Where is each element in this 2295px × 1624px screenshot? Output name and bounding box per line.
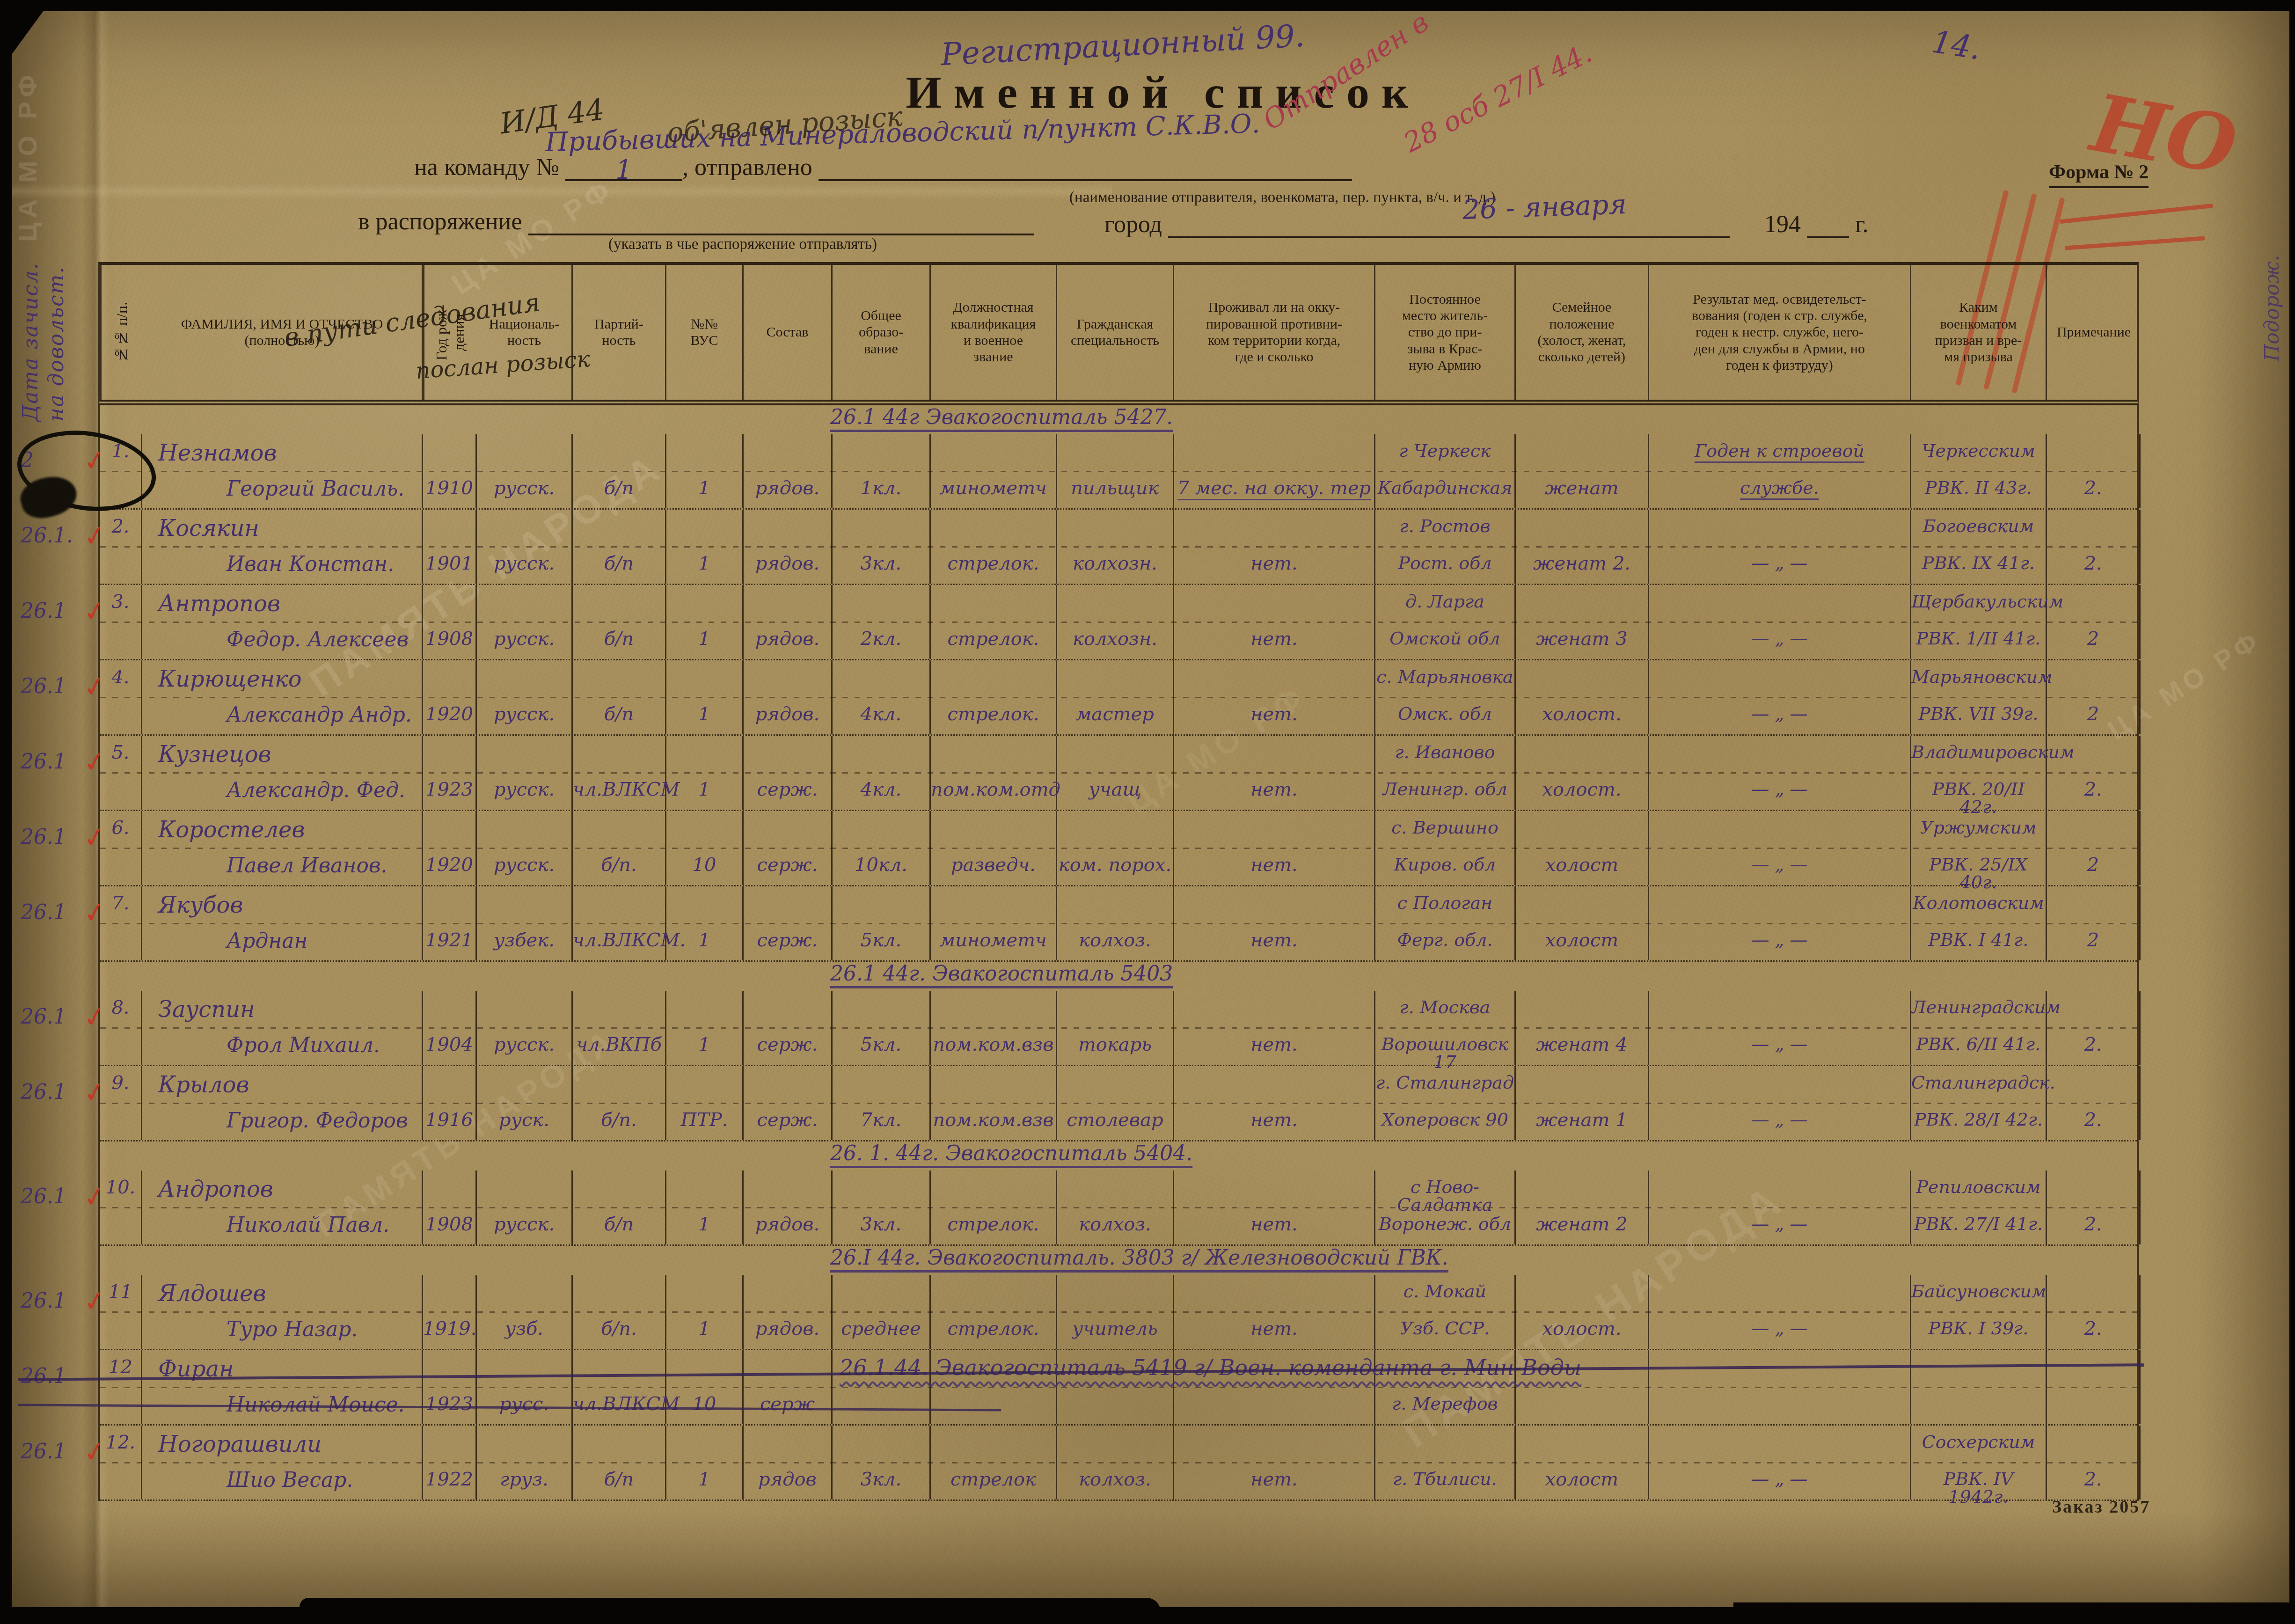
cell-category: серж. [744, 1066, 833, 1140]
party-status: б/п [573, 705, 665, 724]
col-header-category: Состав [744, 265, 833, 400]
cell-medical-result: — „ — [1649, 736, 1911, 810]
cell-qualification: стрелок. [931, 1275, 1057, 1349]
cell-nationality: русск. [477, 660, 573, 734]
cell-civil-specialty: колхозн. [1057, 510, 1174, 584]
hospital-note-row: 26.1 44г Эвакогоспиталь 5427. [100, 405, 2137, 434]
residence-line1: с. Вершино [1375, 819, 1514, 836]
commissariat-line1: Владимировским [1911, 743, 2046, 761]
nationality: руск. [477, 1111, 571, 1129]
margin-date: 26.1 [21, 1364, 93, 1388]
otpravleno-blank [819, 155, 1352, 181]
commissariat-line2: РВК. I 41г. [1911, 931, 2046, 949]
cell-commissariat: Колотовским РВК. I 41г. [1911, 886, 2047, 960]
cell-medical-result: Годен к строевой службе. [1649, 434, 1911, 508]
cell-nationality: русск. [477, 991, 573, 1065]
cell-commissariat: Байсуновским РВК. I 39г. [1911, 1275, 2047, 1349]
cell-education: 3кл. [833, 510, 931, 584]
residence-line1: с Ново-Салдатка [1375, 1178, 1514, 1214]
party-status: чл.ВКПб [573, 1035, 665, 1054]
col-header-row-number: №№ п/п. [100, 265, 142, 400]
cell-civil-specialty: пильщик [1057, 434, 1174, 508]
residence-line2: Ленингр. обл [1375, 780, 1514, 798]
cell-vus: 1 [666, 886, 744, 960]
education: 3кл. [833, 554, 929, 573]
cell-occupied-territory: нет. [1174, 1066, 1375, 1140]
cell-remarks: 2 [2047, 585, 2141, 659]
margin-date: 2 [21, 448, 93, 472]
cell-occupied-territory: нет. [1174, 1170, 1375, 1244]
birth-year: 1920 [423, 705, 475, 724]
cell-family-status: женат 2 [1516, 1170, 1649, 1244]
commissariat-line1: Ленинградским [1911, 998, 2046, 1016]
cell-medical-result: — „ — [1649, 811, 1911, 885]
residence-line1: д. Ларга [1375, 593, 1514, 610]
col-header-education: Общее образо- вание [833, 265, 931, 400]
row-number: 4. [100, 668, 141, 687]
right-edge-vertical-note: Подорож. [2260, 255, 2283, 361]
cell-remarks: 2 [2047, 811, 2141, 885]
cell-remarks: 2 [2047, 660, 2141, 734]
cell-residence: г. Сталинград Хоперовск 90 [1375, 1066, 1516, 1140]
surname: Ялдошев [142, 1282, 422, 1305]
cell-vus: 1 [666, 1275, 744, 1349]
cell-birth-year: 1908 [423, 585, 477, 659]
row-number: 11 [100, 1282, 141, 1301]
vus-number: 1 [666, 629, 742, 648]
commissariat-line1: Черкесским [1911, 442, 2046, 460]
cell-occupied-territory: нет. [1174, 736, 1375, 810]
col-header-commissariat: Каким военкоматом призван и вре- мя приз… [1911, 265, 2047, 400]
vus-number: 1 [666, 1470, 742, 1489]
given-names: Николай Моисе. [142, 1395, 422, 1415]
cell-education: 4кл. [833, 736, 931, 810]
cell-category: серж [744, 1350, 833, 1424]
category: серж. [744, 856, 831, 874]
party-status: б/п. [573, 1111, 665, 1129]
cell-name: Кирющенко Александр Андр. [142, 660, 423, 734]
nationality: груз. [477, 1470, 571, 1489]
education: 3кл. [833, 1215, 929, 1234]
cell-birth-year: 1921 [423, 886, 477, 960]
fold-crease-horizontal [12, 183, 1112, 199]
cell-residence: с. Вершино Киров. обл [1375, 811, 1516, 885]
residence-line2: Воронеж. обл [1375, 1215, 1514, 1233]
family-status: женат 1 [1516, 1111, 1648, 1129]
cell-birth-year: 1901 [423, 510, 477, 584]
cell-vus: 1 [666, 660, 744, 734]
residence-line2: Киров. обл [1375, 856, 1514, 873]
col-header-nationality: Националь- ность [477, 265, 573, 400]
cell-remarks: 2. [2047, 736, 2141, 810]
civil-specialty: колхоз. [1057, 931, 1173, 950]
cell-nationality: русс. [477, 1350, 573, 1424]
komanda-number: 1 [615, 155, 632, 185]
cell-education: 3кл. [833, 1426, 931, 1500]
cell-vus: 1 [666, 510, 744, 584]
sender-hint: (наименование отправителя, военкомата, п… [1069, 189, 1496, 206]
party-status: б/п [573, 479, 665, 497]
civil-specialty: колхоз. [1057, 1470, 1173, 1489]
commissariat-line2: РВК. I 39г. [1911, 1319, 2046, 1337]
birth-year: 1908 [423, 629, 475, 648]
table-row: 12 Фиран Николай Моисе. 1923 русс. чл.ВЛ… [100, 1350, 2137, 1426]
category: рядов. [744, 479, 831, 497]
col-header-remarks: Примечание [2047, 265, 2141, 400]
cell-vus: 1 [666, 434, 744, 508]
cell-party: б/п [573, 1170, 666, 1244]
row-number: 8. [100, 998, 141, 1017]
commissariat-line1: Колотовским [1911, 894, 2046, 912]
given-names: Александр. Фед. [142, 780, 422, 801]
cell-civil-specialty: мастер [1057, 660, 1174, 734]
cell-birth-year: 1923 [423, 736, 477, 810]
education: 5кл. [833, 931, 929, 950]
birth-year: 1919. [423, 1319, 475, 1338]
civil-specialty: учитель [1057, 1319, 1173, 1338]
residence-line1: г Черкеск [1375, 442, 1514, 460]
table-row: 10. Андропов Николай Павл. 1908 русск. б… [100, 1170, 2137, 1246]
education: 1кл. [833, 479, 929, 497]
family-status: холост [1516, 1470, 1648, 1489]
cell-residence: г. Иваново Ленингр. обл [1375, 736, 1516, 810]
medical-result-line2: — „ — [1649, 554, 1910, 572]
cell-remarks: 2. [2047, 1170, 2141, 1244]
residence-line1: г. Москва [1375, 998, 1514, 1016]
cell-remarks: 2. [2047, 1426, 2141, 1500]
residence-line2: г. Тбилиси. [1375, 1470, 1514, 1488]
medical-result-line2: — „ — [1649, 705, 1910, 723]
cell-qualification: стрелок. [931, 585, 1057, 659]
medical-result-line2: службе. [1649, 479, 1910, 497]
cell-vus: 1 [666, 991, 744, 1065]
col-header-family-status: Семейное положение (холост, женат, сколь… [1516, 265, 1649, 400]
otpravleno-label: , отправлено [682, 154, 812, 181]
row-number: 12 [100, 1358, 141, 1376]
table-row: 12. Ногорашвили Шио Весар. 1922 груз. б/… [100, 1426, 2137, 1501]
qualification: стрелок. [931, 1319, 1056, 1338]
nationality: русск. [477, 1215, 571, 1234]
birth-year: 1910 [423, 479, 475, 497]
party-status: б/п [573, 1215, 665, 1234]
cell-commissariat: Сталинградск. РВК. 28/I 42г. [1911, 1066, 2047, 1140]
cell-remarks: 2. [2047, 434, 2141, 508]
residence-line2: Ферг. обл. [1375, 931, 1514, 949]
residence-line1: с. Мокай [1375, 1282, 1514, 1300]
cell-occupied-territory: нет. [1174, 886, 1375, 960]
surname: Косякин [142, 517, 422, 540]
cell-education: среднее [833, 1275, 931, 1349]
year-suffix: г. [1855, 211, 1868, 238]
commissariat-line2: РВК. IX 41г. [1911, 554, 2046, 572]
birth-year: 1920 [423, 856, 475, 874]
cell-party: б/п. [573, 1275, 666, 1349]
party-status: чл.ВЛКСМ. [573, 931, 665, 950]
residence-line1: г. Иваново [1375, 743, 1514, 761]
vus-number: 1 [666, 1035, 742, 1054]
residence-line2: Узб. ССР. [1375, 1319, 1514, 1337]
cell-residence: г. Ростов Рост. обл [1375, 510, 1516, 584]
cell-qualification: пом.ком.взв [931, 991, 1057, 1065]
qualification: пом.ком.отд [931, 780, 1056, 799]
cell-medical-result: — „ — [1649, 660, 1911, 734]
nationality: русск. [477, 780, 571, 799]
occupied-territory: нет. [1174, 1470, 1374, 1489]
city-label: город [1104, 211, 1162, 238]
vus-number: 1 [666, 931, 742, 950]
given-names: Павел Иванов. [142, 856, 422, 876]
table-row: 8. Зауспин Фрол Михаил. 1904 русск. чл.В… [100, 991, 2137, 1066]
cell-qualification: разведч. [931, 811, 1057, 885]
cell-occupied-territory: нет. [1174, 1426, 1375, 1500]
education: 4кл. [833, 705, 929, 724]
medical-result-line2: — „ — [1649, 1035, 1910, 1053]
qualification: пом.ком.взв [931, 1035, 1056, 1054]
cell-nationality: русск. [477, 811, 573, 885]
qualification: стрелок. [931, 705, 1056, 724]
qualification: стрелок. [931, 1215, 1056, 1234]
col-header-name: ФАМИЛИЯ, ИМЯ И ОТЧЕСТВО (полностью) [142, 265, 423, 400]
civil-specialty: токарь [1057, 1035, 1173, 1054]
vus-number: 1 [666, 705, 742, 724]
cell-occupied-territory: нет. [1174, 585, 1375, 659]
cell-family-status: холост [1516, 811, 1649, 885]
occupied-territory: нет. [1174, 1035, 1374, 1054]
commissariat-line2: РВК. 1/II 41г. [1911, 629, 2046, 647]
col-header-civil-specialty: Гражданская специальность [1057, 265, 1174, 400]
cell-birth-year: 1923 [423, 1350, 477, 1424]
cell-education: 2кл. [833, 585, 931, 659]
medical-result-line2: — „ — [1649, 1215, 1910, 1233]
cell-nationality: русск. [477, 510, 573, 584]
cell-birth-year: 1904 [423, 991, 477, 1065]
year-printed: 194 [1764, 211, 1801, 238]
cell-party: б/п. [573, 1066, 666, 1140]
given-names: Николай Павл. [142, 1215, 422, 1236]
print-order-number: Заказ 2057 [2052, 1497, 2150, 1517]
cell-family-status: женат 2. [1516, 510, 1649, 584]
residence-line2: Хоперовск 90 [1375, 1111, 1514, 1128]
row-number: 7. [100, 894, 141, 913]
disposal-label: в распоряжение [358, 208, 522, 235]
qualification: минометч [931, 931, 1056, 950]
cell-education: 5кл. [833, 991, 931, 1065]
given-names: Федор. Алексеев [142, 629, 422, 650]
cell-qualification: стрелок. [931, 1170, 1057, 1244]
scan-edge [2290, 0, 2295, 1624]
remark-value: 2. [2047, 479, 2139, 497]
remark-value: 2. [2047, 780, 2139, 799]
qualification: минометч [931, 479, 1056, 497]
party-status: чл.ВЛКСМ [573, 780, 665, 799]
cell-residence: с. Марьяновка Омск. обл [1375, 660, 1516, 734]
qualification: стрелок [931, 1470, 1056, 1489]
occupied-territory: нет. [1174, 1111, 1374, 1129]
party-status: б/п [573, 554, 665, 573]
cell-occupied-territory: нет. [1174, 1275, 1375, 1349]
given-names: Шио Весар. [142, 1470, 422, 1491]
hospital-note: 26. 1. 44г. Эвакогоспиталь 5404. [830, 1141, 1192, 1165]
commissariat-line2: РВК. VII 39г. [1911, 705, 2046, 723]
cell-name: Зауспин Фрол Михаил. [142, 991, 423, 1065]
vus-number: 1 [666, 554, 742, 573]
occupied-territory: нет. [1174, 554, 1374, 573]
vus-number: ПТР. [666, 1111, 742, 1129]
commissariat-line2: РВК. 25/IX 40г. [1911, 856, 2046, 891]
table-row: 2. Косякин Иван Констан. 1901 русск. б/п… [100, 510, 2137, 585]
vus-number: 10 [666, 856, 742, 874]
education: 2кл. [833, 629, 929, 648]
cell-qualification: пом.ком.взв [931, 1066, 1057, 1140]
cell-nationality: русск. [477, 1170, 573, 1244]
cell-civil-specialty: колхоз. [1057, 886, 1174, 960]
family-status: холост [1516, 931, 1648, 950]
education: 4кл. [833, 780, 929, 799]
birth-year: 1904 [423, 1035, 475, 1054]
cell-remarks: 2. [2047, 1066, 2141, 1140]
cell-category: рядов [744, 1426, 833, 1500]
family-status: холост. [1516, 780, 1648, 799]
education: 3кл. [833, 1470, 929, 1489]
table-row: 4. Кирющенко Александр Андр. 1920 русск.… [100, 660, 2137, 736]
residence-line2: г. Мерефов [1375, 1395, 1514, 1412]
residence-line2: Омск. обл [1375, 705, 1514, 723]
cell-vus: ПТР. [666, 1066, 744, 1140]
cell-category: рядов. [744, 1275, 833, 1349]
medical-result-line2: — „ — [1649, 1111, 1910, 1128]
disposal-line: в распоряжение [358, 208, 1034, 235]
category: рядов [744, 1470, 831, 1489]
row-number: 10. [100, 1178, 141, 1197]
cell-commissariat: Сосхерским РВК. IV 1942г. [1911, 1426, 2047, 1500]
scan-edge [1733, 1602, 2295, 1624]
category: серж. [744, 780, 831, 799]
cell-residence: с Пологан Ферг. обл. [1375, 886, 1516, 960]
cell-education: 5кл. [833, 886, 931, 960]
civil-specialty: пильщик [1057, 479, 1173, 497]
cell-medical-result: — „ — [1649, 1426, 1911, 1500]
residence-line1: с Пологан [1375, 894, 1514, 912]
birth-year: 1908 [423, 1215, 475, 1234]
surname: Ногорашвили [142, 1433, 422, 1456]
cell-civil-specialty: учитель [1057, 1275, 1174, 1349]
table-row: 7. Якубов Арднан 1921 узбек. чл.ВЛКСМ. 1… [100, 886, 2137, 962]
cell-remarks: 2. [2047, 991, 2141, 1065]
surname: Антропов [142, 593, 422, 615]
medical-result-line2: — „ — [1649, 856, 1910, 873]
party-status: б/п. [573, 856, 665, 874]
birth-year: 1901 [423, 554, 475, 573]
cell-residence: д. Ларга Омской обл [1375, 585, 1516, 659]
residence-line2: Кабардинская [1375, 479, 1514, 497]
cell-medical-result: — „ — [1649, 585, 1911, 659]
civil-specialty: столевар [1057, 1111, 1173, 1129]
cell-name: Ногорашвили Шио Весар. [142, 1426, 423, 1500]
cell-residence: г. Тбилиси. [1375, 1426, 1516, 1500]
cell-family-status: женат 3 [1516, 585, 1649, 659]
commissariat-line2: РВК. 27/I 41г. [1911, 1215, 2046, 1233]
cell-qualification: минометч [931, 886, 1057, 960]
row-number: 12. [100, 1433, 141, 1452]
occupied-territory: нет. [1174, 780, 1374, 799]
cell-party: б/п [573, 660, 666, 734]
margin-note-line1: Дата зачисл. [19, 262, 43, 422]
cell-birth-year: 1922 [423, 1426, 477, 1500]
cell-education: 4кл. [833, 660, 931, 734]
residence-line2: Рост. обл [1375, 554, 1514, 572]
civil-specialty: колхозн. [1057, 554, 1173, 573]
cell-education: 1кл. [833, 434, 931, 508]
cell-party: чл.ВЛКСМ [573, 736, 666, 810]
civil-specialty: ком. порох. [1057, 856, 1173, 874]
given-names: Туро Назар. [142, 1319, 422, 1340]
cell-party: чл.ВКПб [573, 991, 666, 1065]
cell-party: чл.ВЛКСМ. [573, 886, 666, 960]
commissariat-line2: РВК. 6/II 41г. [1911, 1035, 2046, 1053]
remark-value: 2. [2047, 554, 2139, 573]
year-line: 194 г. [1764, 211, 1868, 238]
cell-family-status: холост. [1516, 736, 1649, 810]
cell-name: Фиран Николай Моисе. [142, 1350, 423, 1424]
vus-number: 1 [666, 1319, 742, 1338]
remark-value: 2 [2047, 931, 2139, 950]
party-status: б/п [573, 629, 665, 648]
category: рядов. [744, 554, 831, 573]
cell-party: чл.ВЛКСМ [573, 1350, 666, 1424]
vus-number: 10 [666, 1395, 742, 1413]
cell-qualification: стрелок [931, 1426, 1057, 1500]
surname: Коростелев [142, 819, 422, 841]
commissariat-line2: РВК. 20/II 42г. [1911, 780, 2046, 816]
commissariat-line1: Байсуновским [1911, 1282, 2046, 1300]
cell-party: б/п [573, 434, 666, 508]
nationality: русск. [477, 856, 571, 874]
cell-qualification: минометч [931, 434, 1057, 508]
cell-party: б/п [573, 510, 666, 584]
cell-name: Незнамов Георгий Василь. [142, 434, 423, 508]
city-line: город [1104, 211, 1730, 238]
scan-edge [0, 0, 10, 1624]
cell-commissariat: Репиловским РВК. 27/I 41г. [1911, 1170, 2047, 1244]
hospital-note-row: 26.I 44г. Эвакогоспиталь. 3803 г/ Железн… [100, 1246, 2137, 1275]
row-number: 1. [100, 442, 141, 461]
cell-name: Косякин Иван Констан. [142, 510, 423, 584]
nationality: русск. [477, 629, 571, 648]
residence-line1: г. Ростов [1375, 517, 1514, 535]
cell-qualification: пом.ком.отд [931, 736, 1057, 810]
cell-medical-result: — „ — [1649, 991, 1911, 1065]
cell-name: Ялдошев Туро Назар. [142, 1275, 423, 1349]
city-date-handwritten: 26 - января [1462, 188, 1627, 226]
cell-residence: г Черкеск Кабардинская [1375, 434, 1516, 508]
cell-family-status: женат [1516, 434, 1649, 508]
qualification: стрелок. [931, 629, 1056, 648]
category: серж. [744, 1035, 831, 1054]
medical-result-line2: — „ — [1649, 780, 1910, 798]
cell-category: серж. [744, 736, 833, 810]
cell-family-status: холост. [1516, 660, 1649, 734]
disposal-blank [528, 209, 1034, 235]
cell-row-number: 1. [100, 434, 142, 508]
remark-value: 2. [2047, 1111, 2139, 1129]
cell-qualification: стрелок. [931, 660, 1057, 734]
party-status: б/п [573, 1470, 665, 1489]
cell-remarks: 2. [2047, 1275, 2141, 1349]
birth-year: 1921 [423, 931, 475, 950]
cell-birth-year: 1908 [423, 1170, 477, 1244]
occupied-territory: нет. [1174, 931, 1374, 950]
civil-specialty: учащ [1057, 780, 1173, 799]
